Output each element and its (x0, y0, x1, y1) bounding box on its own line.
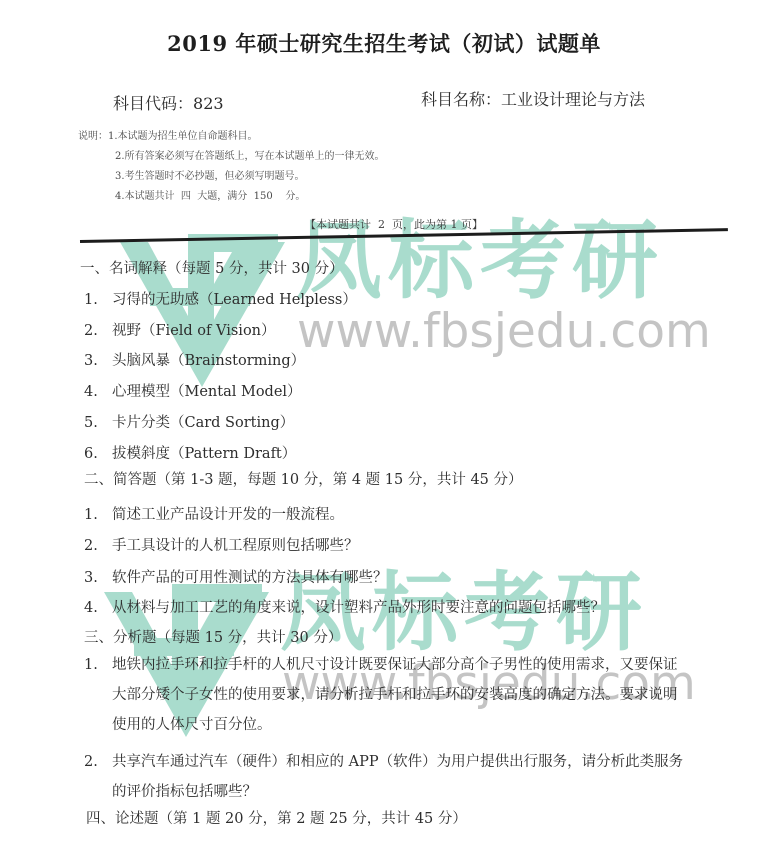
question-number: 2. (84, 323, 112, 339)
question-item: 4.从材料与加工工艺的角度来说，设计塑料产品外形时要注意的问题包括哪些？ (84, 596, 605, 617)
question-text: 心理模型（Mental Model） (112, 384, 302, 400)
question-item: 6.拔模斜度（Pattern Draft） (84, 442, 296, 463)
question-line: 使用的人体尺寸百分位。 (112, 710, 678, 740)
subject-code-label: 科目代码： (113, 94, 193, 113)
question-text: 从材料与加工工艺的角度来说，设计塑料产品外形时要注意的问题包括哪些？ (112, 600, 605, 616)
instruction-item: 1.本试题为招生单位自命题科目。 (108, 127, 385, 147)
question-item: 1.简述工业产品设计开发的一般流程。 (84, 503, 344, 524)
url-watermark-text: www.fbsjedu.com (297, 308, 711, 355)
instruction-item: 4.本试题共计 四 大题，满分 150 分。 (115, 187, 385, 207)
question-item: 2.手工具设计的人机工程原则包括哪些？ (84, 534, 359, 555)
instruction-item: 2.所有答案必须写在答题纸上，写在本试题单上的一律无效。 (115, 147, 385, 167)
question-number: 4. (84, 600, 112, 616)
question-text: 拔模斜度（Pattern Draft） (112, 446, 296, 462)
subject-name: 科目名称：工业设计理论与方法 (421, 87, 645, 110)
subject-code-value: 823 (193, 94, 224, 113)
question-number: 3. (84, 353, 112, 369)
subject-name-label: 科目名称： (421, 90, 501, 109)
question-line: 的评价指标包括哪些？ (112, 777, 683, 807)
exam-page: 凤标考研 www.fbsjedu.com 凤标考研 www.fbsjedu.co… (0, 0, 768, 861)
question-item: 1.习得的无助感（Learned Helpless） (84, 288, 357, 309)
question-number: 2. (84, 538, 112, 554)
question-text: 手工具设计的人机工程原则包括哪些？ (112, 538, 359, 554)
question-number: 1. (84, 292, 112, 308)
question-item: 3.头脑风暴（Brainstorming） (84, 349, 305, 370)
question-text: 简述工业产品设计开发的一般流程。 (112, 507, 344, 523)
instructions: 说明： 1.本试题为招生单位自命题科目。 2.所有答案必须写在答题纸上，写在本试… (78, 127, 385, 207)
question-number: 1. (84, 650, 112, 680)
section-heading: 二、简答题（第 1-3 题，每题 10 分，第 4 题 15 分，共计 45 分… (84, 468, 523, 489)
section-heading: 一、名词解释（每题 5 分，共计 30 分） (80, 257, 344, 278)
question-text: 视野（Field of Vision） (112, 323, 276, 339)
question-item: 4.心理模型（Mental Model） (84, 380, 302, 401)
section-heading: 三、分析题（每题 15 分，共计 30 分） (84, 626, 342, 647)
instructions-label: 说明： (78, 127, 108, 147)
question-number: 1. (84, 507, 112, 523)
exam-title: 2019 年硕士研究生招生考试（初试）试题单 (0, 28, 768, 58)
question-number: 3. (84, 570, 112, 586)
question-number: 4. (84, 384, 112, 400)
question-item: 2. 共享汽车通过汽车（硬件）和相应的 APP（软件）为用户提供出行服务，请分析… (112, 747, 683, 807)
question-line: 共享汽车通过汽车（硬件）和相应的 APP（软件）为用户提供出行服务，请分析此类服… (112, 747, 683, 777)
subject-name-value: 工业设计理论与方法 (501, 90, 645, 109)
question-number: 5. (84, 415, 112, 431)
question-item: 5.卡片分类（Card Sorting） (84, 411, 294, 432)
question-text: 软件产品的可用性测试的方法具体有哪些？ (112, 570, 388, 586)
question-item: 2.视野（Field of Vision） (84, 319, 276, 340)
question-text: 习得的无助感（Learned Helpless） (112, 292, 357, 308)
question-item: 1. 地铁内拉手环和拉手杆的人机尺寸设计既要保证大部分高个子男性的使用需求，又要… (112, 650, 678, 740)
question-item: 3.软件产品的可用性测试的方法具体有哪些？ (84, 566, 388, 587)
question-line: 大部分矮个子女性的使用要求，请分析拉手杆和拉手环的安装高度的确定方法。要求说明 (112, 680, 678, 710)
instruction-item: 3.考生答题时不必抄题，但必须写明题号。 (115, 167, 385, 187)
question-line: 地铁内拉手环和拉手杆的人机尺寸设计既要保证大部分高个子男性的使用需求，又要保证 (112, 650, 678, 680)
question-text: 头脑风暴（Brainstorming） (112, 353, 305, 369)
subject-code: 科目代码：823 (113, 91, 224, 114)
question-number: 2. (84, 747, 112, 777)
question-text: 卡片分类（Card Sorting） (112, 415, 294, 431)
section-heading: 四、论述题（第 1 题 20 分，第 2 题 25 分，共计 45 分） (86, 807, 467, 828)
question-number: 6. (84, 446, 112, 462)
